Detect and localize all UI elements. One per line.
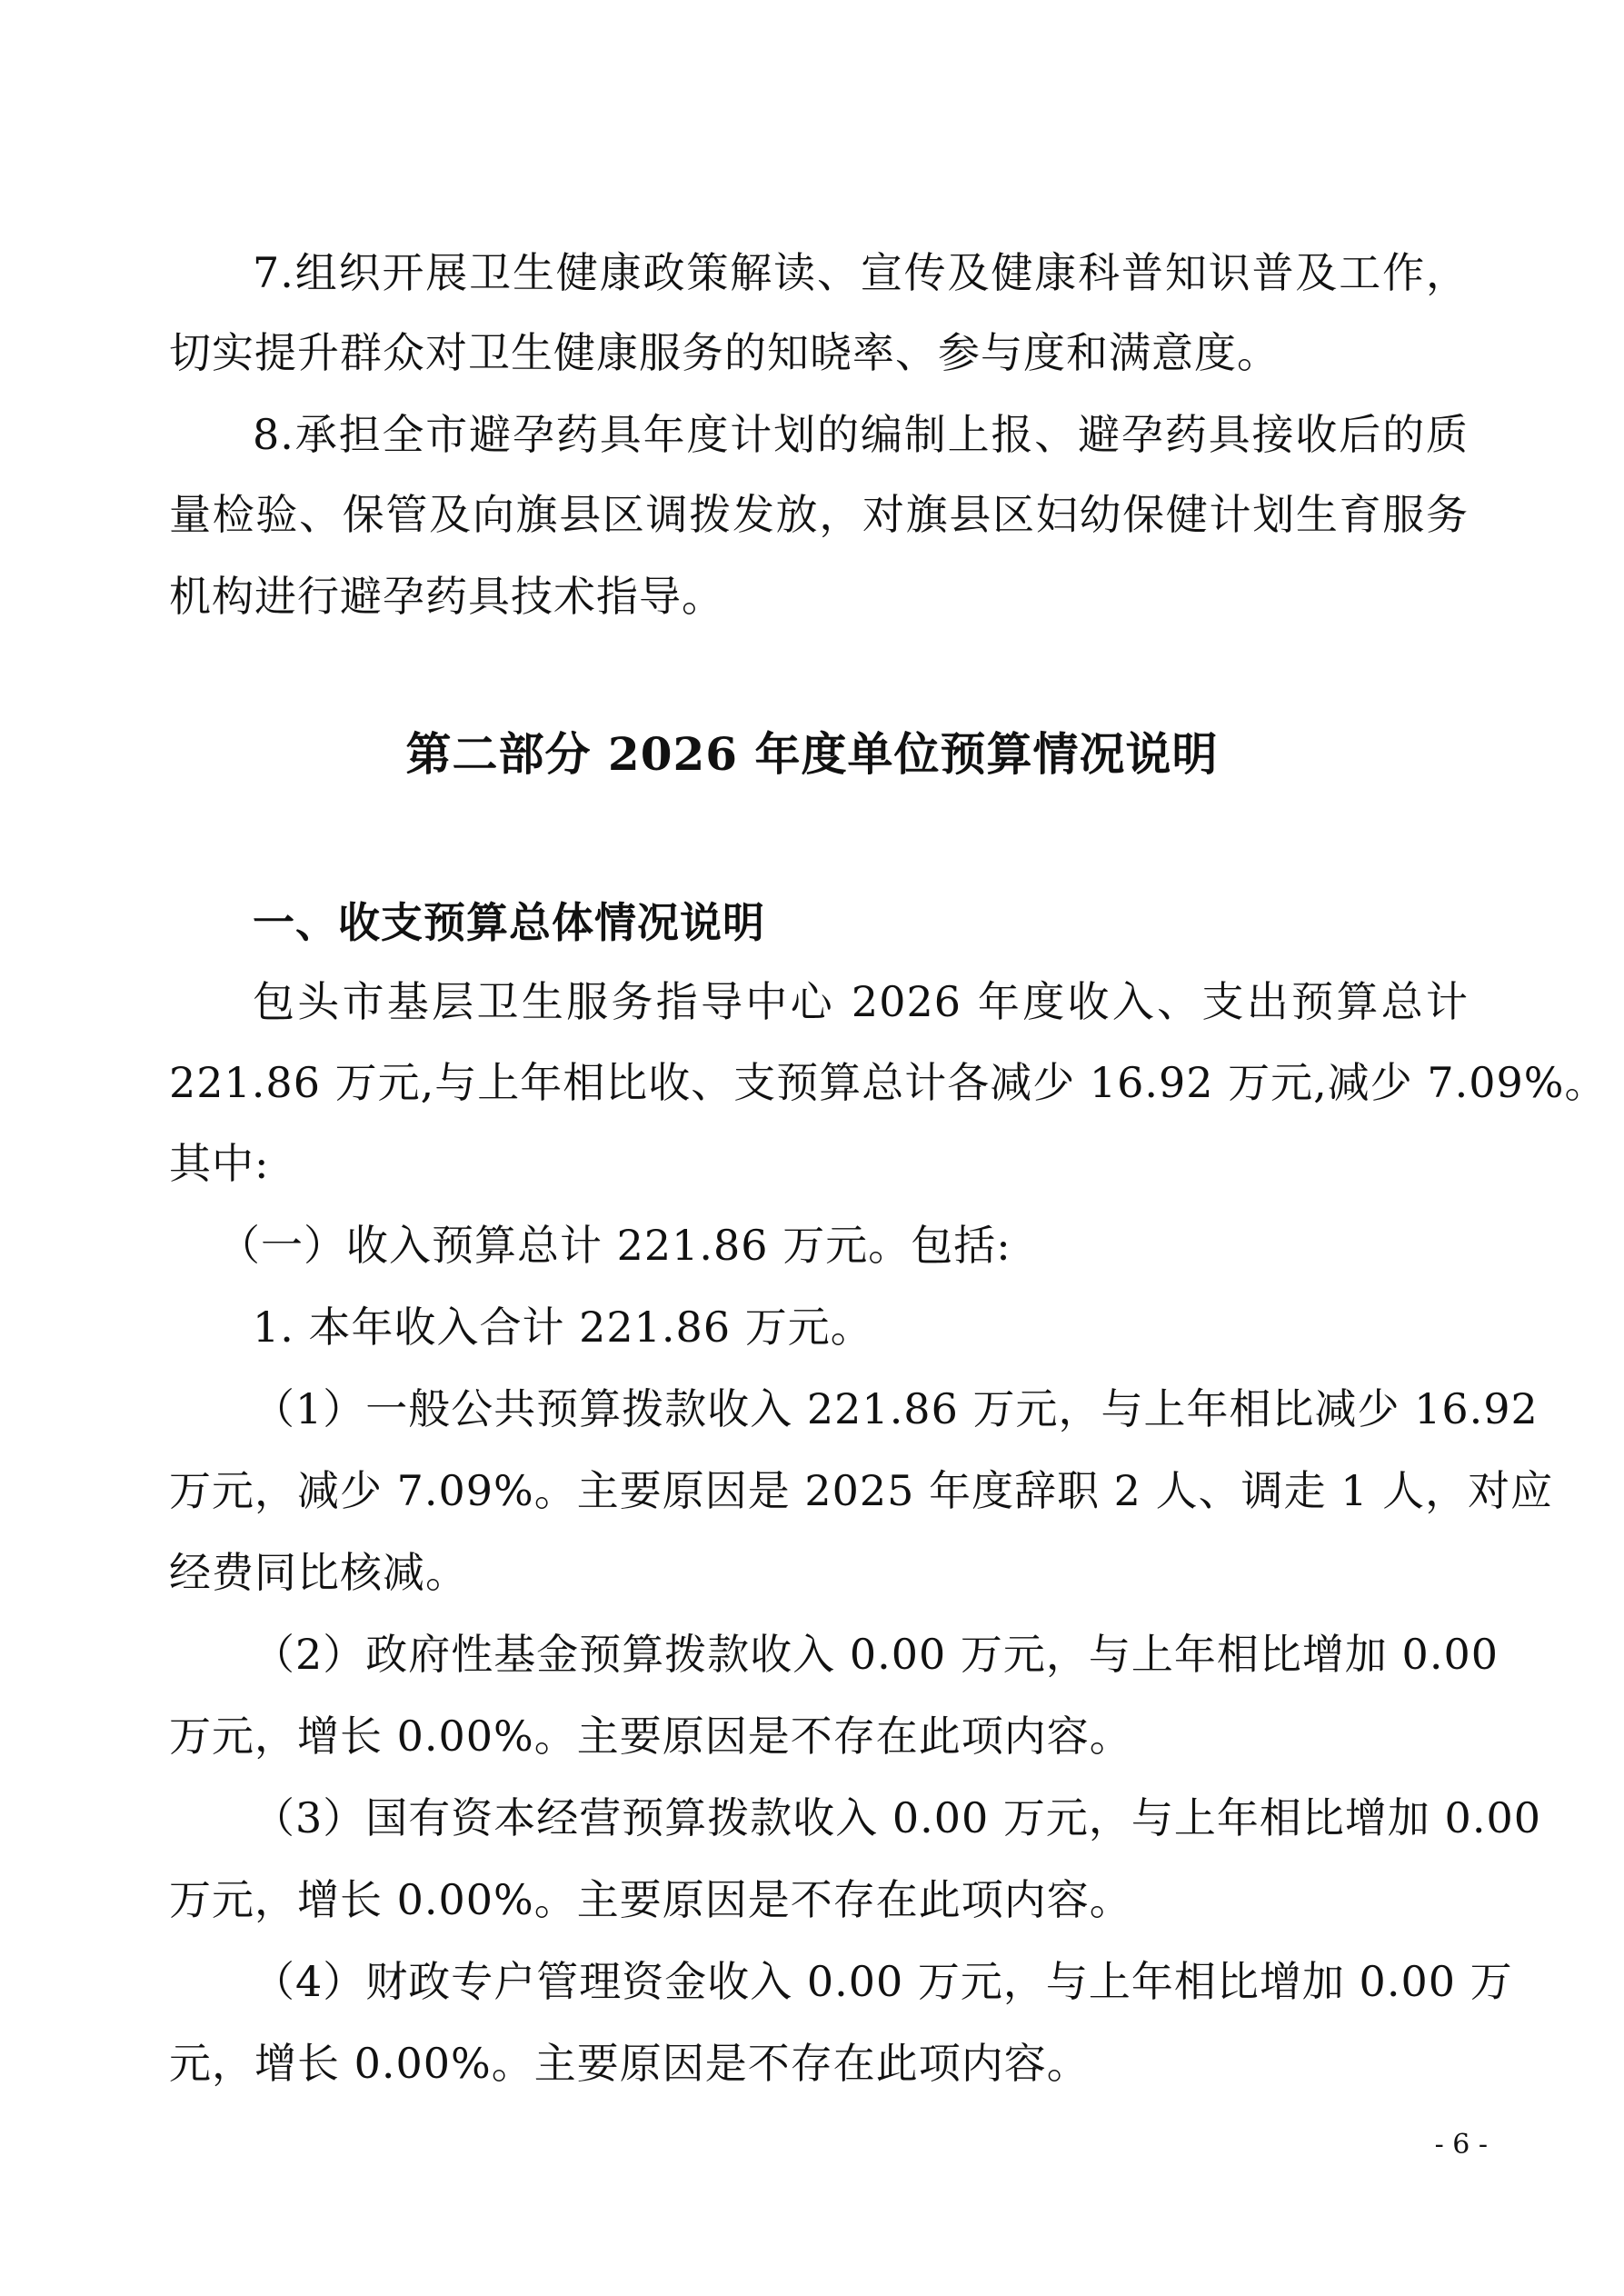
item2-line1: （2）政府性基金预算拨款收入 0.00 万元，与上年相比增加 0.00 (253, 1627, 1469, 1682)
item4-line2: 元，增长 0.00%。主要原因是不存在此项内容。 (169, 2036, 1469, 2091)
item3-line2: 万元，增长 0.00%。主要原因是不存在此项内容。 (169, 1872, 1469, 1927)
item1-line2: 万元，减少 7.09%。主要原因是 2025 年度辞职 2 人、调走 1 人，对… (169, 1463, 1469, 1518)
item1-line3: 经费同比核减。 (169, 1545, 1469, 1600)
paragraph-item7-line2: 切实提升群众对卫生健康服务的知晓率、参与度和满意度。 (169, 325, 1469, 380)
summary-line2: 221.86 万元,与上年相比收、支预算总计各减少 16.92 万元,减少 7.… (169, 1055, 1469, 1110)
item4-line1: （4）财政专户管理资金收入 0.00 万元，与上年相比增加 0.00 万 (253, 1954, 1469, 2009)
part-title: 第二部分 2026 年度单位预算情况说明 (0, 723, 1624, 786)
summary-line1: 包头市基层卫生服务指导中心 2026 年度收入、支出预算总计 (253, 974, 1469, 1029)
paragraph-item7-line1: 7.组织开展卫生健康政策解读、宣传及健康科普知识普及工作， (253, 245, 1469, 300)
paragraph-item8-line3: 机构进行避孕药具技术指导。 (169, 569, 1469, 624)
paragraph-item8-line2: 量检验、保管及向旗县区调拨发放，对旗县区妇幼保健计划生育服务 (169, 487, 1469, 542)
page-number: - 6 - (1435, 2127, 1488, 2163)
paragraph-item8-line1: 8.承担全市避孕药具年度计划的编制上报、避孕药具接收后的质 (253, 407, 1469, 462)
item1-line1: （1）一般公共预算拨款收入 221.86 万元，与上年相比减少 16.92 (253, 1382, 1469, 1436)
summary-line3: 其中: (169, 1136, 1469, 1191)
item3-line1: （3）国有资本经营预算拨款收入 0.00 万元，与上年相比增加 0.00 (253, 1791, 1469, 1845)
item2-line2: 万元，增长 0.00%。主要原因是不存在此项内容。 (169, 1709, 1469, 1763)
section-heading: 一、收支预算总体情况说明 (253, 895, 1469, 950)
income-total: （一）收入预算总计 221.86 万元。包括: (218, 1218, 1518, 1273)
current-year-income: 1. 本年收入合计 221.86 万元。 (253, 1300, 1469, 1354)
document-page: 7.组织开展卫生健康政策解读、宣传及健康科普知识普及工作， 切实提升群众对卫生健… (0, 0, 1624, 2296)
